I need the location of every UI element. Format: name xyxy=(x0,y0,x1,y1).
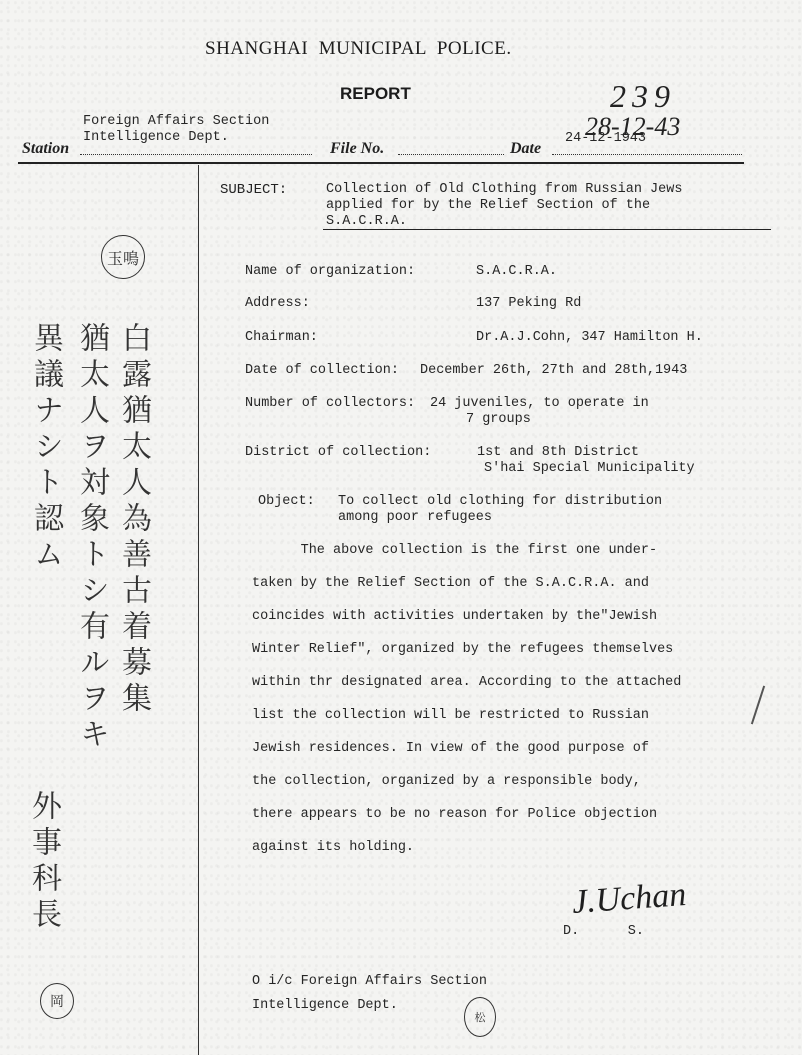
detail-value-district: 1st and 8th District xyxy=(477,445,639,460)
report-title: REPORT xyxy=(340,84,411,104)
detail-label-date: Date of collection: xyxy=(245,363,399,378)
date-dotted-line xyxy=(552,154,742,155)
detail-value-organization: S.A.C.R.A. xyxy=(476,264,557,279)
body-line: there appears to be no reason for Police… xyxy=(252,807,657,822)
addressee-line-2: Intelligence Dept. xyxy=(252,998,398,1013)
date-value: 24-12-1943 xyxy=(565,131,646,146)
station-value-line1: Foreign Affairs Section xyxy=(83,114,269,129)
document-page: SHANGHAI MUNICIPAL POLICE. REPORT 239 28… xyxy=(0,0,802,1055)
detail-label-address: Address: xyxy=(245,296,310,311)
station-label: Station xyxy=(22,140,69,158)
pencil-tick-mark xyxy=(751,686,765,725)
object-line-1: To collect old clothing for distribution xyxy=(338,494,662,509)
detail-label-chairman: Chairman: xyxy=(245,330,318,345)
body-line: taken by the Relief Section of the S.A.C… xyxy=(252,576,649,591)
body-line: the collection, organized by a responsib… xyxy=(252,774,641,789)
name-stamp-bottom: 岡 xyxy=(40,983,74,1019)
subject-label: SUBJECT: xyxy=(220,182,287,198)
station-value-line2: Intelligence Dept. xyxy=(83,130,229,145)
detail-value-chairman: Dr.A.J.Cohn, 347 Hamilton H. xyxy=(476,330,703,345)
body-line: coincides with activities undertaken by … xyxy=(252,609,657,624)
body-line: against its holding. xyxy=(252,840,414,855)
file-no-dotted-line xyxy=(398,154,504,155)
margin-note-column-2: 猶太人ヲ対象トシ有ルヲキ xyxy=(76,322,106,754)
object-label: Object: xyxy=(258,494,315,509)
body-line: list the collection will be restricted t… xyxy=(252,708,649,723)
date-label: Date xyxy=(510,140,541,158)
object-line-2: among poor refugees xyxy=(338,510,492,525)
body-line: within thr designated area. According to… xyxy=(252,675,681,690)
detail-value-date: December 26th, 27th and 28th,1943 xyxy=(420,363,687,378)
subject-line-2: applied for by the Relief Section of the xyxy=(326,198,650,213)
body-line: The above collection is the first one un… xyxy=(252,543,657,558)
detail-label-collectors: Number of collectors: xyxy=(245,396,415,411)
detail-value-address: 137 Peking Rd xyxy=(476,296,581,311)
detail-value-district-2: S'hai Special Municipality xyxy=(484,461,695,476)
subject-line-1: Collection of Old Clothing from Russian … xyxy=(326,182,682,197)
detail-label-district: District of collection: xyxy=(245,445,431,460)
body-line: Winter Relief", organized by the refugee… xyxy=(252,642,673,657)
detail-label-organization: Name of organization: xyxy=(245,264,415,279)
margin-divider xyxy=(198,165,199,1055)
name-stamp-top: 玉鳴 xyxy=(101,235,145,279)
file-no-label: File No. xyxy=(330,140,384,158)
subject-line-3: S.A.C.R.A. xyxy=(326,214,407,229)
margin-note-column-4: 外事科長 xyxy=(28,790,58,934)
handwritten-file-number: 239 xyxy=(610,78,676,115)
organization-heading: SHANGHAI MUNICIPAL POLICE. xyxy=(205,38,512,60)
detail-value-collectors: 24 juveniles, to operate in xyxy=(430,396,649,411)
subject-underline xyxy=(323,229,771,230)
detail-value-collectors-2: 7 groups xyxy=(466,412,531,427)
margin-note-column-3: 異議ナシト認ム xyxy=(30,322,60,574)
margin-note-column-1: 白露猶太人為善古着募集 xyxy=(118,322,148,718)
addressee-line-1: O i/c Foreign Affairs Section xyxy=(252,974,487,989)
signature-rank: D. S. xyxy=(563,924,644,939)
seal-stamp: 松 xyxy=(464,997,496,1037)
header-divider xyxy=(18,162,744,164)
signature: J.Uchan xyxy=(571,876,688,922)
body-line: Jewish residences. In view of the good p… xyxy=(252,741,649,756)
station-dotted-line xyxy=(80,154,312,155)
